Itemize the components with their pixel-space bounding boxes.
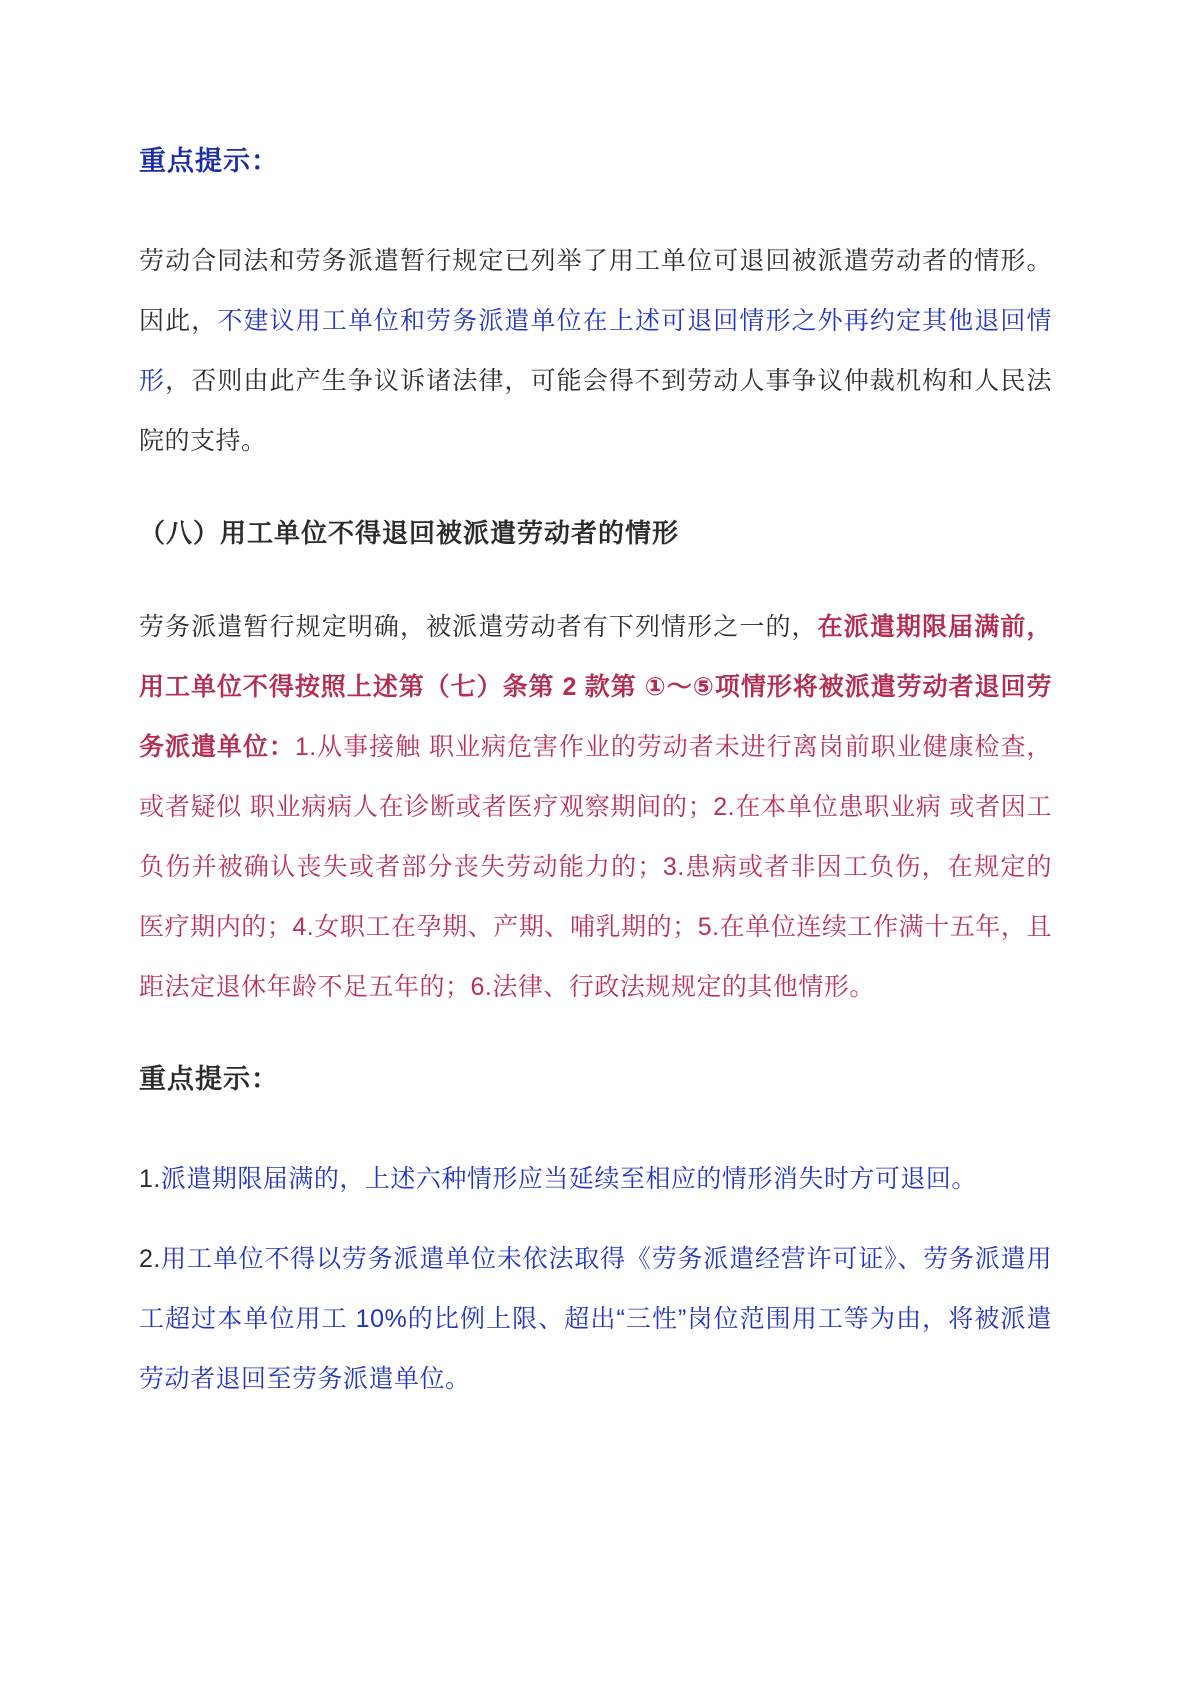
document-page: 重点提示： 劳动合同法和劳务派遣暂行规定已列举了用工单位可退回被派遣劳动者的情形… xyxy=(0,0,1191,1684)
tip-heading-blue: 重点提示： xyxy=(139,143,1052,179)
paragraph-no-return-situations: 劳务派遣暂行规定明确，被派遣劳动者有下列情形之一的，在派遣期限届满前，用工单位不… xyxy=(139,597,1052,1017)
paragraph-segment-black: ，否则由此产生争议诉诸法律，可能会得不到劳动人事争议仲裁机构和人民法院的支持。 xyxy=(139,367,1052,455)
tip-item-text: 用工单位不得以劳务派遣单位未依法取得《劳务派遣经营许可证》、劳务派遣用工超过本单… xyxy=(139,1245,1052,1393)
paragraph-segment-black: 劳务派遣暂行规定明确，被派遣劳动者有下列情形之一的， xyxy=(139,613,818,641)
tip-item-number: 1. xyxy=(139,1165,161,1193)
section-heading-eight: （八）用工单位不得退回被派遣劳动者的情形 xyxy=(139,515,1052,551)
paragraph-return-agreement: 劳动合同法和劳务派遣暂行规定已列举了用工单位可退回被派遣劳动者的情形。因此，不建… xyxy=(139,231,1052,471)
tip-item-text: 派遣期限届满的，上述六种情形应当延续至相应的情形消失时方可退回。 xyxy=(161,1165,977,1193)
tip-item-2: 2.用工单位不得以劳务派遣单位未依法取得《劳务派遣经营许可证》、劳务派遣用工超过… xyxy=(139,1229,1052,1409)
tip-item-number: 2. xyxy=(139,1245,161,1273)
tip-item-1: 1.派遣期限届满的，上述六种情形应当延续至相应的情形消失时方可退回。 xyxy=(139,1149,1052,1209)
tip-heading-black: 重点提示： xyxy=(139,1061,1052,1097)
paragraph-segment-red: 1.从事接触 职业病危害作业的劳动者未进行离岗前职业健康检查，或者疑似 职业病病… xyxy=(139,733,1052,1001)
